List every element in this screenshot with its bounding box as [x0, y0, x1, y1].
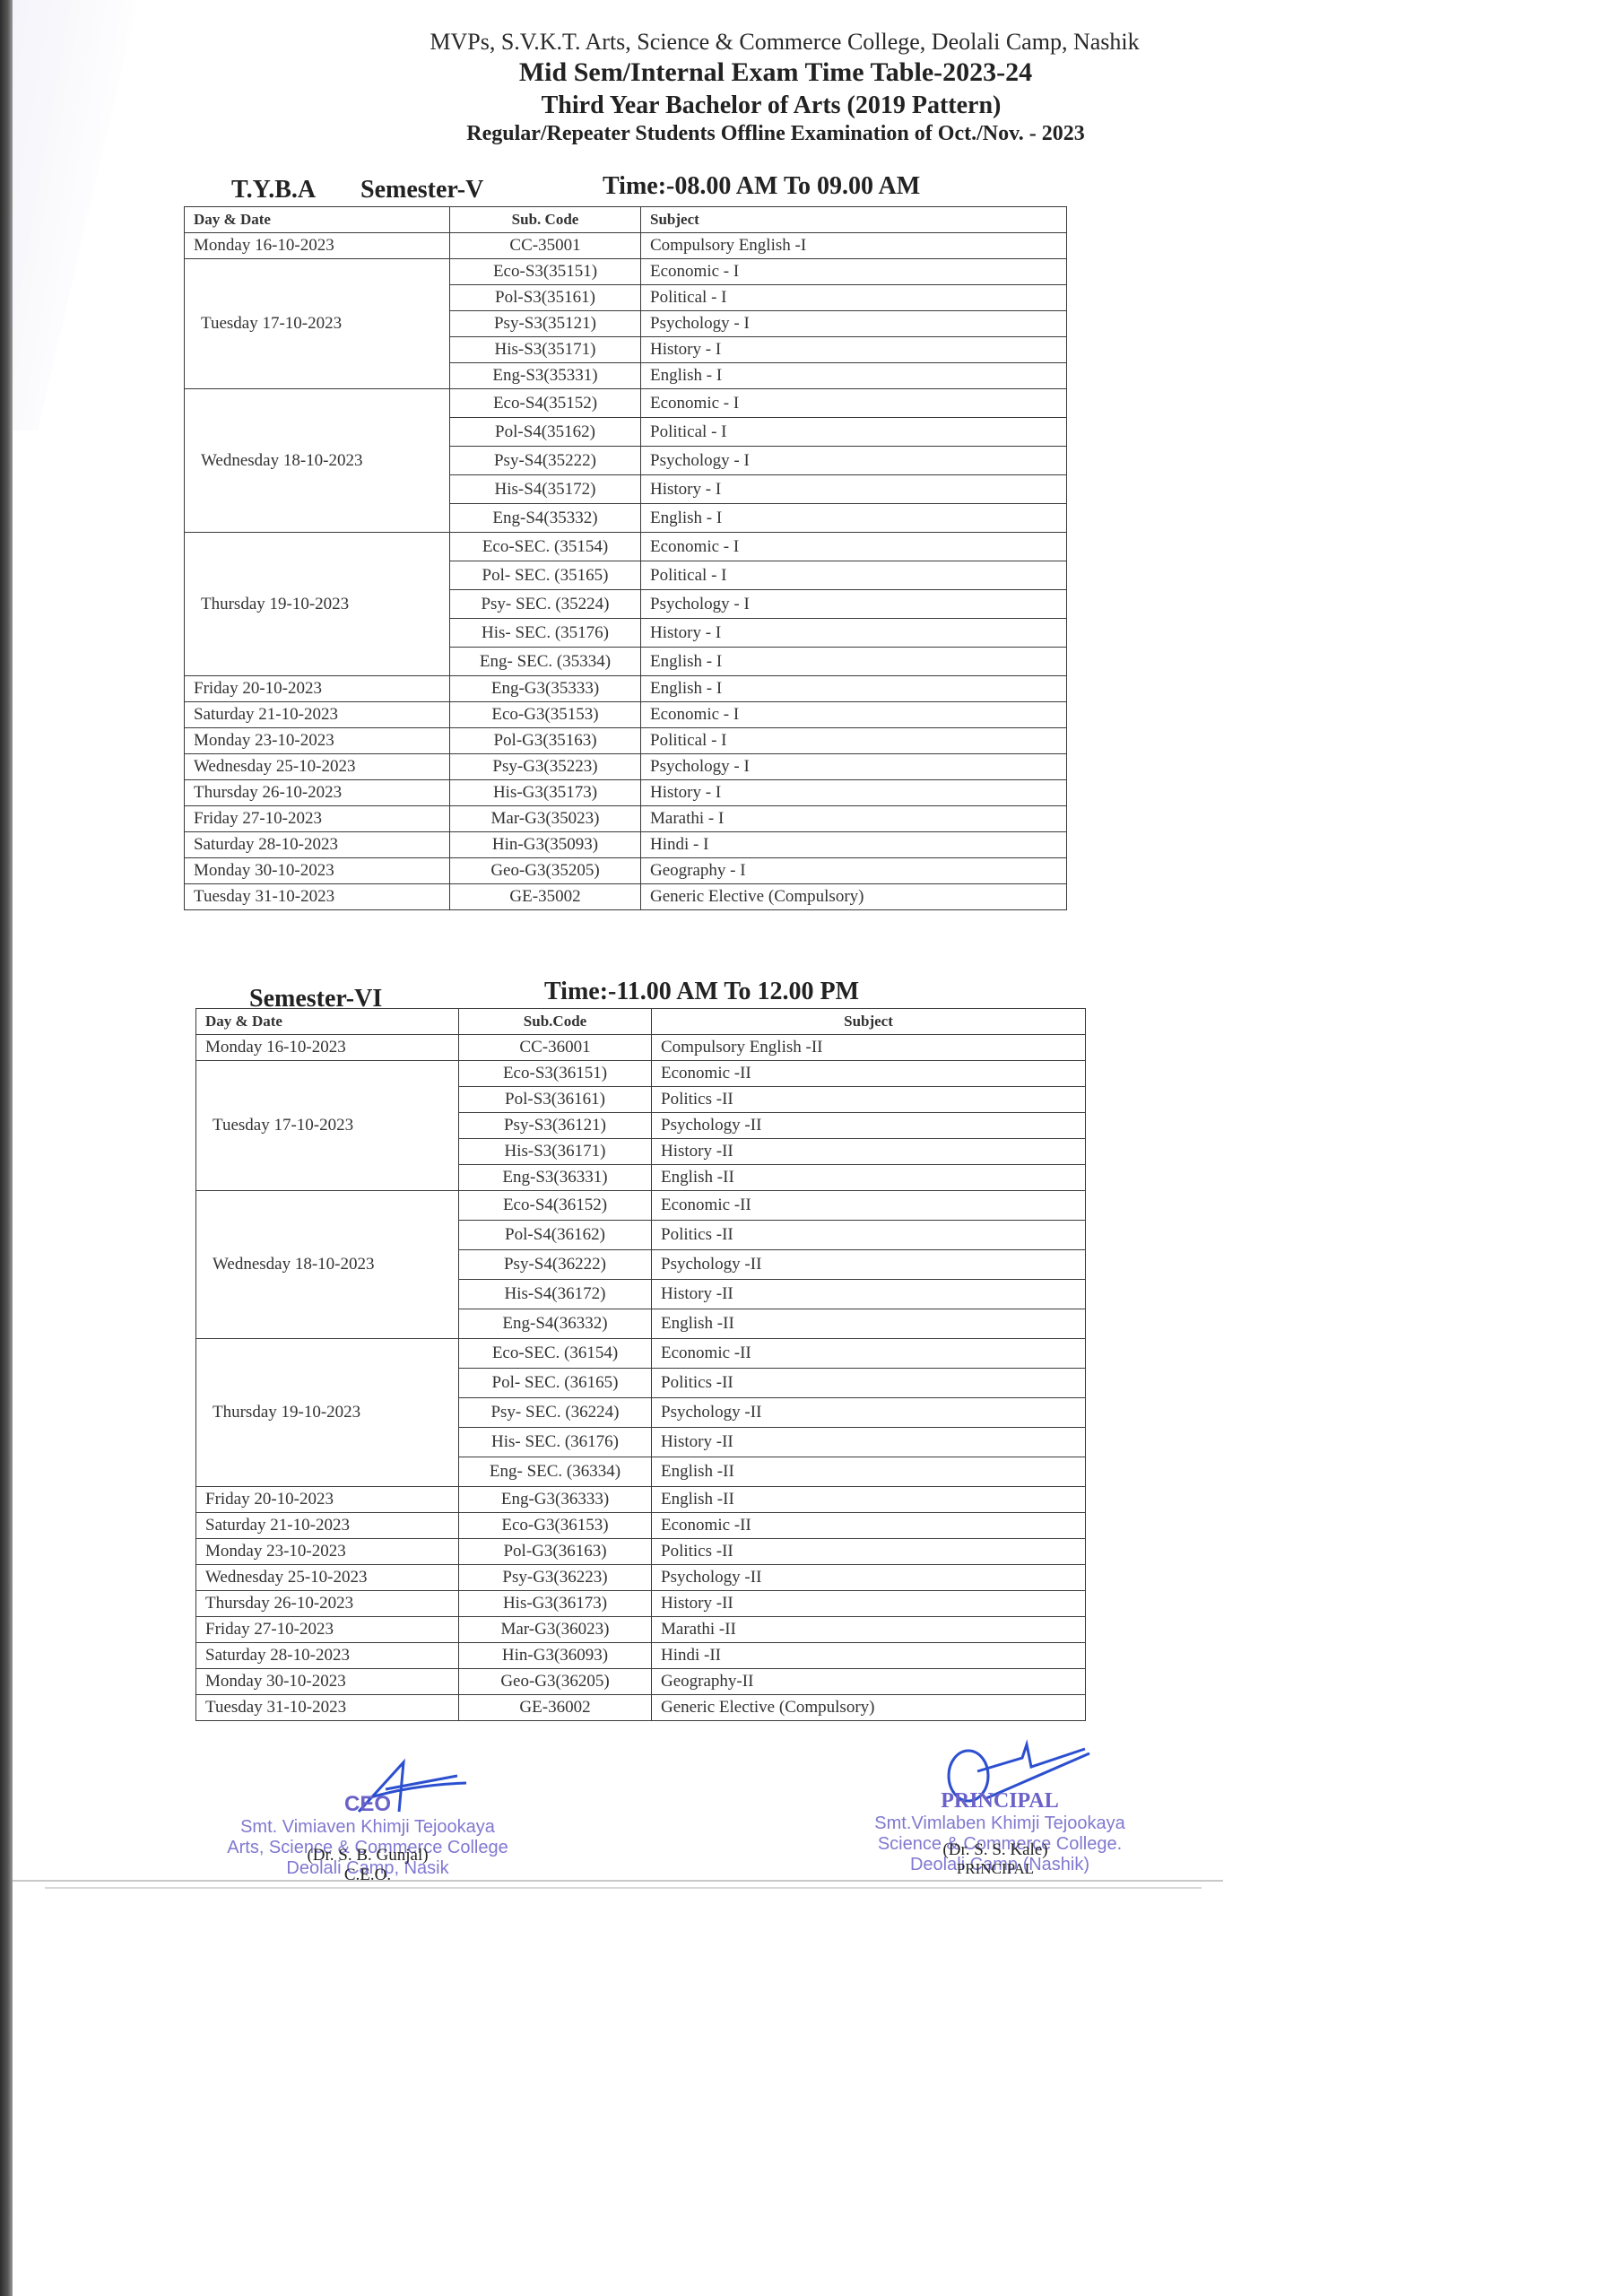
cell-day-date: Wednesday 18-10-2023 [196, 1191, 459, 1339]
ceo-stamp-title: CEO [197, 1792, 538, 1817]
cell-subject: English -II [652, 1165, 1086, 1191]
cell-subject-code: CC-35001 [450, 233, 641, 259]
cell-subject: English -II [652, 1487, 1086, 1513]
cell-subject-code: Pol-S3(35161) [450, 285, 641, 311]
table-row: Monday 16-10-2023CC-36001Compulsory Engl… [196, 1035, 1086, 1061]
cell-day-date: Wednesday 25-10-2023 [185, 754, 450, 780]
cell-day-date: Wednesday 25-10-2023 [196, 1565, 459, 1591]
table-row: Monday 23-10-2023Pol-G3(35163)Political … [185, 728, 1067, 754]
cell-subject: History -II [652, 1428, 1086, 1457]
cell-subject: Geography-II [652, 1669, 1086, 1695]
table-row: Saturday 28-10-2023Hin-G3(36093)Hindi -I… [196, 1643, 1086, 1669]
cell-subject-code: Psy- SEC. (36224) [459, 1398, 652, 1428]
table-row: Thursday 26-10-2023His-G3(36173)History … [196, 1591, 1086, 1617]
course-title: Third Year Bachelor of Arts (2019 Patter… [0, 91, 1583, 120]
table-row: Thursday 19-10-2023Eco-SEC. (36154)Econo… [196, 1339, 1086, 1369]
table-row: Saturday 21-10-2023Eco-G3(35153)Economic… [185, 702, 1067, 728]
cell-subject-code: Eco-SEC. (36154) [459, 1339, 652, 1369]
cell-subject-code: Psy-G3(35223) [450, 754, 641, 780]
cell-subject-code: Eng-G3(35333) [450, 676, 641, 702]
cell-subject-code: Eco-G3(36153) [459, 1513, 652, 1539]
cell-day-date: Friday 27-10-2023 [185, 806, 450, 832]
cell-subject-code: Eng-G3(36333) [459, 1487, 652, 1513]
cell-subject-code: Eco-S4(36152) [459, 1191, 652, 1221]
cell-subject: Economic -II [652, 1513, 1086, 1539]
cell-day-date: Thursday 26-10-2023 [185, 780, 450, 806]
semester-vi-time: Time:-11.00 AM To 12.00 PM [544, 978, 859, 1006]
cell-subject: Economic -II [652, 1061, 1086, 1087]
cell-subject: Marathi - I [641, 806, 1067, 832]
column-header-day: Day & Date [196, 1009, 459, 1035]
cell-subject: Political - I [641, 728, 1067, 754]
table-row: Friday 20-10-2023Eng-G3(36333)English -I… [196, 1487, 1086, 1513]
cell-subject: English - I [641, 676, 1067, 702]
cell-day-date: Wednesday 18-10-2023 [185, 389, 450, 533]
cell-subject: Economic -II [652, 1191, 1086, 1221]
ceo-designation: C.E.O. [233, 1865, 502, 1885]
column-header-subject: Subject [641, 207, 1067, 233]
cell-day-date: Friday 20-10-2023 [185, 676, 450, 702]
cell-day-date: Friday 27-10-2023 [196, 1617, 459, 1643]
cell-subject-code: His-G3(36173) [459, 1591, 652, 1617]
table-row: Tuesday 31-10-2023GE-35002Generic Electi… [185, 884, 1067, 910]
cell-subject: Generic Elective (Compulsory) [641, 884, 1067, 910]
cell-subject: Psychology -II [652, 1565, 1086, 1591]
cell-day-date: Monday 23-10-2023 [196, 1539, 459, 1565]
cell-subject-code: Psy-S3(36121) [459, 1113, 652, 1139]
cell-day-date: Thursday 26-10-2023 [196, 1591, 459, 1617]
scanner-edge [0, 0, 13, 2296]
semester-vi-timetable: Day & Date Sub.Code Subject Monday 16-10… [195, 1008, 1086, 1721]
cell-subject: History -II [652, 1280, 1086, 1309]
cell-subject-code: Geo-G3(36205) [459, 1669, 652, 1695]
cell-day-date: Monday 16-10-2023 [196, 1035, 459, 1061]
cell-subject-code: Mar-G3(36023) [459, 1617, 652, 1643]
cell-subject: Hindi - I [641, 832, 1067, 858]
cell-subject-code: Eco-S3(35151) [450, 259, 641, 285]
cell-subject: History - I [641, 475, 1067, 504]
paper-edge [13, 1880, 1223, 1882]
cell-subject-code: His-G3(35173) [450, 780, 641, 806]
cell-subject-code: Pol-G3(35163) [450, 728, 641, 754]
cell-day-date: Friday 20-10-2023 [196, 1487, 459, 1513]
cell-day-date: Thursday 19-10-2023 [196, 1339, 459, 1487]
cell-subject-code: Psy-G3(36223) [459, 1565, 652, 1591]
cell-subject: Political - I [641, 418, 1067, 447]
cell-subject-code: Psy- SEC. (35224) [450, 590, 641, 619]
cell-subject: Political - I [641, 285, 1067, 311]
cell-subject-code: His- SEC. (35176) [450, 619, 641, 648]
column-header-subject: Subject [652, 1009, 1086, 1035]
cell-subject: Psychology -II [652, 1398, 1086, 1428]
cell-day-date: Monday 30-10-2023 [196, 1669, 459, 1695]
class-label: T.Y.B.A [231, 176, 316, 204]
cell-subject: History -II [652, 1591, 1086, 1617]
table-row: Monday 30-10-2023Geo-G3(35205)Geography … [185, 858, 1067, 884]
cell-subject-code: Eco-SEC. (35154) [450, 533, 641, 561]
semester-v-timetable: Day & Date Sub. Code Subject Monday 16-1… [184, 206, 1067, 910]
cell-subject-code: His-S4(36172) [459, 1280, 652, 1309]
cell-subject-code: Eng-S3(35331) [450, 363, 641, 389]
cell-day-date: Thursday 19-10-2023 [185, 533, 450, 676]
cell-day-date: Tuesday 31-10-2023 [196, 1695, 459, 1721]
cell-subject: Psychology -II [652, 1113, 1086, 1139]
table-row: Thursday 26-10-2023His-G3(35173)History … [185, 780, 1067, 806]
table-row: Wednesday 18-10-2023Eco-S4(35152)Economi… [185, 389, 1067, 418]
principal-stamp-line-1: Smt.Vimlaben Khimji Tejookaya [829, 1813, 1170, 1834]
table-row: Saturday 21-10-2023Eco-G3(36153)Economic… [196, 1513, 1086, 1539]
table-row: Monday 16-10-2023CC-35001Compulsory Engl… [185, 233, 1067, 259]
cell-subject-code: Eco-S3(36151) [459, 1061, 652, 1087]
cell-subject: Politics -II [652, 1221, 1086, 1250]
cell-subject-code: Pol-G3(36163) [459, 1539, 652, 1565]
cell-subject: Geography - I [641, 858, 1067, 884]
table-row: Friday 27-10-2023Mar-G3(35023)Marathi - … [185, 806, 1067, 832]
cell-subject: Generic Elective (Compulsory) [652, 1695, 1086, 1721]
cell-subject: Economic - I [641, 259, 1067, 285]
table-row: Wednesday 25-10-2023Psy-G3(35223)Psychol… [185, 754, 1067, 780]
cell-subject-code: Eng- SEC. (35334) [450, 648, 641, 676]
table-row: Wednesday 18-10-2023Eco-S4(36152)Economi… [196, 1191, 1086, 1221]
table-row: Friday 20-10-2023Eng-G3(35333)English - … [185, 676, 1067, 702]
ceo-stamp-line-1: Smt. Vimiaven Khimji Tejookaya [197, 1817, 538, 1838]
cell-subject-code: His-S3(35171) [450, 337, 641, 363]
cell-subject-code: Pol- SEC. (35165) [450, 561, 641, 590]
cell-subject-code: Geo-G3(35205) [450, 858, 641, 884]
cell-subject-code: Pol- SEC. (36165) [459, 1369, 652, 1398]
cell-day-date: Monday 16-10-2023 [185, 233, 450, 259]
cell-subject-code: Pol-S4(35162) [450, 418, 641, 447]
table-row: Tuesday 17-10-2023Eco-S3(36151)Economic … [196, 1061, 1086, 1087]
cell-subject-code: Eco-G3(35153) [450, 702, 641, 728]
table-row: Friday 27-10-2023Mar-G3(36023)Marathi -I… [196, 1617, 1086, 1643]
cell-subject: Psychology - I [641, 590, 1067, 619]
cell-subject-code: Mar-G3(35023) [450, 806, 641, 832]
cell-subject: Psychology - I [641, 754, 1067, 780]
principal-stamp-title: PRINCIPAL [829, 1789, 1170, 1813]
cell-subject: English -II [652, 1309, 1086, 1339]
cell-subject-code: Hin-G3(36093) [459, 1643, 652, 1669]
cell-subject: Politics -II [652, 1087, 1086, 1113]
cell-day-date: Monday 30-10-2023 [185, 858, 450, 884]
table-row: Monday 30-10-2023Geo-G3(36205)Geography-… [196, 1669, 1086, 1695]
column-header-day: Day & Date [185, 207, 450, 233]
cell-day-date: Tuesday 31-10-2023 [185, 884, 450, 910]
cell-subject: English - I [641, 363, 1067, 389]
cell-subject-code: GE-35002 [450, 884, 641, 910]
table-row: Wednesday 25-10-2023Psy-G3(36223)Psychol… [196, 1565, 1086, 1591]
cell-subject-code: Psy-S4(36222) [459, 1250, 652, 1280]
cell-subject-code: Pol-S4(36162) [459, 1221, 652, 1250]
cell-subject-code: CC-36001 [459, 1035, 652, 1061]
cell-subject: Politics -II [652, 1369, 1086, 1398]
cell-day-date: Saturday 28-10-2023 [185, 832, 450, 858]
cell-subject: History -II [652, 1139, 1086, 1165]
cell-subject: Marathi -II [652, 1617, 1086, 1643]
cell-subject: Psychology -II [652, 1250, 1086, 1280]
principal-designation: PRINCIPAL [883, 1860, 1107, 1878]
cell-subject: English -II [652, 1457, 1086, 1487]
cell-subject: History - I [641, 619, 1067, 648]
cell-day-date: Saturday 21-10-2023 [185, 702, 450, 728]
table-row: Tuesday 17-10-2023Eco-S3(35151)Economic … [185, 259, 1067, 285]
cell-subject: Psychology - I [641, 311, 1067, 337]
cell-day-date: Tuesday 17-10-2023 [196, 1061, 459, 1191]
cell-subject-code: Eng-S4(36332) [459, 1309, 652, 1339]
cell-subject: Psychology - I [641, 447, 1067, 475]
ceo-name: (Dr. S. B. Gunjal) [233, 1846, 502, 1865]
table-row: Saturday 28-10-2023Hin-G3(35093)Hindi - … [185, 832, 1067, 858]
cell-day-date: Monday 23-10-2023 [185, 728, 450, 754]
cell-subject-code: His- SEC. (36176) [459, 1428, 652, 1457]
cell-subject-code: Eco-S4(35152) [450, 389, 641, 418]
cell-subject: Hindi -II [652, 1643, 1086, 1669]
cell-subject-code: Psy-S4(35222) [450, 447, 641, 475]
cell-subject: Political - I [641, 561, 1067, 590]
document-title: Mid Sem/Internal Exam Time Table-2023-24 [0, 57, 1587, 88]
cell-subject: Economic - I [641, 389, 1067, 418]
cell-subject-code: Psy-S3(35121) [450, 311, 641, 337]
semester-v-label: Semester-V [360, 176, 483, 204]
column-header-code: Sub. Code [450, 207, 641, 233]
cell-subject-code: Eng- SEC. (36334) [459, 1457, 652, 1487]
cell-subject: History - I [641, 337, 1067, 363]
cell-subject-code: His-S3(36171) [459, 1139, 652, 1165]
cell-subject: Economic - I [641, 702, 1067, 728]
table-row: Thursday 19-10-2023Eco-SEC. (35154)Econo… [185, 533, 1067, 561]
cell-day-date: Saturday 21-10-2023 [196, 1513, 459, 1539]
cell-subject: English - I [641, 504, 1067, 533]
cell-subject-code: Eng-S3(36331) [459, 1165, 652, 1191]
column-header-code: Sub.Code [459, 1009, 652, 1035]
cell-subject-code: His-S4(35172) [450, 475, 641, 504]
cell-subject-code: Eng-S4(35332) [450, 504, 641, 533]
cell-subject: Compulsory English -II [652, 1035, 1086, 1061]
cell-subject: Politics -II [652, 1539, 1086, 1565]
cell-subject: English - I [641, 648, 1067, 676]
institution-name: MVPs, S.V.K.T. Arts, Science & Commerce … [0, 29, 1596, 56]
cell-day-date: Tuesday 17-10-2023 [185, 259, 450, 389]
semester-v-rows: Monday 16-10-2023CC-35001Compulsory Engl… [185, 233, 1067, 910]
semester-vi-rows: Monday 16-10-2023CC-36001Compulsory Engl… [196, 1035, 1086, 1721]
cell-subject-code: Hin-G3(35093) [450, 832, 641, 858]
paper-edge-lower [45, 1887, 1202, 1889]
principal-name: (Dr. S. S. Kale) [883, 1840, 1107, 1860]
cell-subject-code: GE-36002 [459, 1695, 652, 1721]
cell-subject: Economic - I [641, 533, 1067, 561]
exam-subtitle: Regular/Repeater Students Offline Examin… [0, 122, 1587, 146]
cell-subject: Economic -II [652, 1339, 1086, 1369]
table-row: Tuesday 31-10-2023GE-36002Generic Electi… [196, 1695, 1086, 1721]
cell-day-date: Saturday 28-10-2023 [196, 1643, 459, 1669]
table-header-row: Day & Date Sub. Code Subject [185, 207, 1067, 233]
table-row: Monday 23-10-2023Pol-G3(36163)Politics -… [196, 1539, 1086, 1565]
cell-subject: Compulsory English -I [641, 233, 1067, 259]
cell-subject-code: Pol-S3(36161) [459, 1087, 652, 1113]
cell-subject: History - I [641, 780, 1067, 806]
semester-v-time: Time:-08.00 AM To 09.00 AM [603, 172, 920, 201]
table-header-row: Day & Date Sub.Code Subject [196, 1009, 1086, 1035]
